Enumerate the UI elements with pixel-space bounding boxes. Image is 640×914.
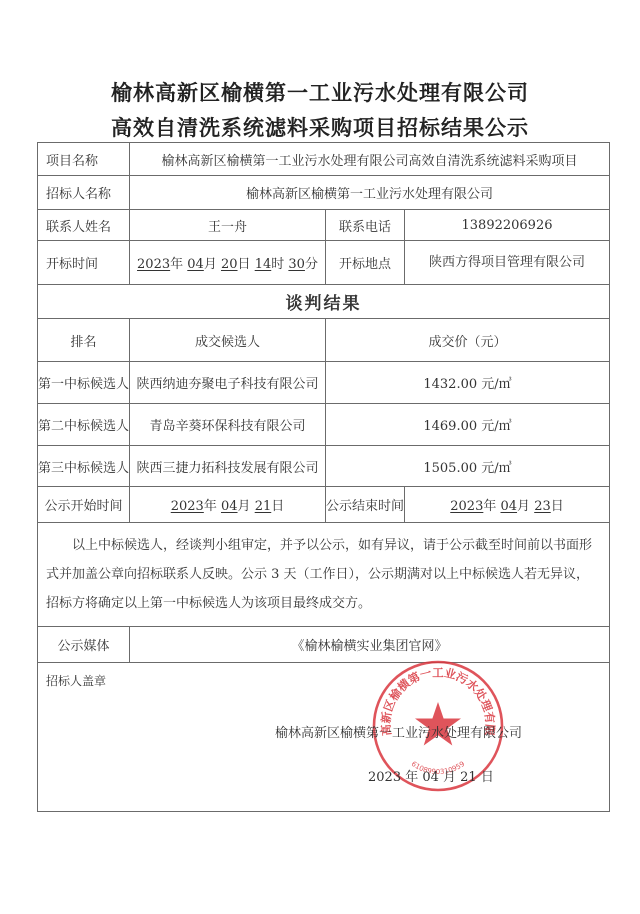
- start-month: 04: [221, 499, 238, 514]
- col-candidate: 成交候选人: [130, 319, 326, 362]
- candidate-cell: 陕西三捷力拓科技发展有限公司: [130, 446, 326, 487]
- tenderer-label: 招标人名称: [38, 176, 130, 210]
- open-hour: 14: [255, 257, 272, 272]
- media-label: 公示媒体: [38, 627, 130, 663]
- unit: 分: [305, 257, 318, 272]
- open-place-label: 开标地点: [326, 241, 405, 285]
- contact-label: 联系人姓名: [38, 210, 130, 241]
- media-value: 《榆林榆横实业集团官网》: [130, 627, 610, 663]
- end-day: 23: [534, 499, 551, 514]
- rank-cell: 第二中标候选人: [38, 404, 130, 446]
- notice-cell: 以上中标候选人，经谈判小组审定，并予以公示，如有异议，请于公示截至时间前以书面形…: [38, 523, 610, 627]
- tenderer-value: 榆林高新区榆横第一工业污水处理有限公司: [130, 176, 610, 210]
- open-year: 2023: [137, 257, 170, 272]
- table-row: 第三中标候选人 陕西三捷力拓科技发展有限公司 1505.00 元/㎥: [38, 446, 610, 487]
- end-year: 2023: [450, 499, 483, 514]
- row-contact: 联系人姓名 王一舟 联系电话 13892206926: [38, 210, 610, 241]
- contact-value: 王一舟: [130, 210, 326, 241]
- unit: 日: [551, 499, 564, 514]
- title-notice: 高效自清洗系统滤料采购项目招标结果公示: [0, 112, 640, 142]
- unit: 日: [271, 499, 284, 514]
- unit: 年: [483, 499, 496, 514]
- publicity-end-label: 公示结束时间: [326, 487, 405, 523]
- price-cell: 1432.00 元/㎥: [326, 362, 610, 404]
- bid-result-table: 项目名称 榆林高新区榆横第一工业污水处理有限公司高效自清洗系统滤料采购项目 招标…: [37, 142, 610, 812]
- rank-cell: 第一中标候选人: [38, 362, 130, 404]
- row-media: 公示媒体 《榆林榆横实业集团官网》: [38, 627, 610, 663]
- unit: 月: [238, 499, 251, 514]
- row-project-name: 项目名称 榆林高新区榆横第一工业污水处理有限公司高效自清洗系统滤料采购项目: [38, 143, 610, 176]
- publicity-start-label: 公示开始时间: [38, 487, 130, 523]
- row-section-title: 谈判结果: [38, 285, 610, 319]
- col-price: 成交价（元）: [326, 319, 610, 362]
- col-rank: 排名: [38, 319, 130, 362]
- project-name-label: 项目名称: [38, 143, 130, 176]
- end-month: 04: [501, 499, 518, 514]
- results-header-row: 排名 成交候选人 成交价（元）: [38, 319, 610, 362]
- unit: 年: [170, 257, 183, 272]
- publicity-start-value: 2023年 04月 21日: [130, 487, 326, 523]
- phone-label: 联系电话: [326, 210, 405, 241]
- start-day: 21: [255, 499, 272, 514]
- row-publicity-period: 公示开始时间 2023年 04月 21日 公示结束时间 2023年 04月 23…: [38, 487, 610, 523]
- phone-value: 13892206926: [405, 210, 610, 241]
- signature-label: 招标人盖章: [46, 672, 106, 689]
- candidate-cell: 青岛辛葵环保科技有限公司: [130, 404, 326, 446]
- start-year: 2023: [171, 499, 204, 514]
- open-month: 04: [187, 257, 204, 272]
- open-place-value: 陕西方得项目管理有限公司: [405, 241, 610, 285]
- table-row: 第一中标候选人 陕西纳迪夯聚电子科技有限公司 1432.00 元/㎥: [38, 362, 610, 404]
- unit: 年: [204, 499, 217, 514]
- unit: 月: [204, 257, 217, 272]
- rank-cell: 第三中标候选人: [38, 446, 130, 487]
- row-tenderer: 招标人名称 榆林高新区榆横第一工业污水处理有限公司: [38, 176, 610, 210]
- unit: 日: [238, 257, 251, 272]
- open-minute: 30: [288, 257, 305, 272]
- unit: 月: [517, 499, 530, 514]
- open-time-label: 开标时间: [38, 241, 130, 285]
- row-open-time: 开标时间 2023年 04月 20日 14时 30分 开标地点 陕西方得项目管理…: [38, 241, 610, 285]
- publicity-end-value: 2023年 04月 23日: [405, 487, 610, 523]
- price-cell: 1505.00 元/㎥: [326, 446, 610, 487]
- section-title: 谈判结果: [38, 285, 610, 319]
- signature-date: 2023 年 04 月 21 日: [368, 766, 494, 785]
- project-name-value: 榆林高新区榆横第一工业污水处理有限公司高效自清洗系统滤料采购项目: [130, 143, 610, 176]
- price-cell: 1469.00 元/㎥: [326, 404, 610, 446]
- notice-text: 以上中标候选人，经谈判小组审定，并予以公示，如有异议，请于公示截至时间前以书面形…: [46, 538, 592, 611]
- table-row: 第二中标候选人 青岛辛葵环保科技有限公司 1469.00 元/㎥: [38, 404, 610, 446]
- candidate-cell: 陕西纳迪夯聚电子科技有限公司: [130, 362, 326, 404]
- signature-company: 榆林高新区榆横第一工业污水处理有限公司: [275, 722, 522, 741]
- row-signature: 招标人盖章 榆林高新区榆横第一工业污水处理有限公司 6108990310959 …: [38, 663, 610, 812]
- row-notice: 以上中标候选人，经谈判小组审定，并予以公示，如有异议，请于公示截至时间前以书面形…: [38, 523, 610, 627]
- open-time-value: 2023年 04月 20日 14时 30分: [130, 241, 326, 285]
- open-day: 20: [221, 257, 238, 272]
- signature-cell: 招标人盖章 榆林高新区榆横第一工业污水处理有限公司 6108990310959 …: [38, 663, 610, 812]
- title-company: 榆林高新区榆横第一工业污水处理有限公司: [0, 77, 640, 107]
- unit: 时: [271, 257, 284, 272]
